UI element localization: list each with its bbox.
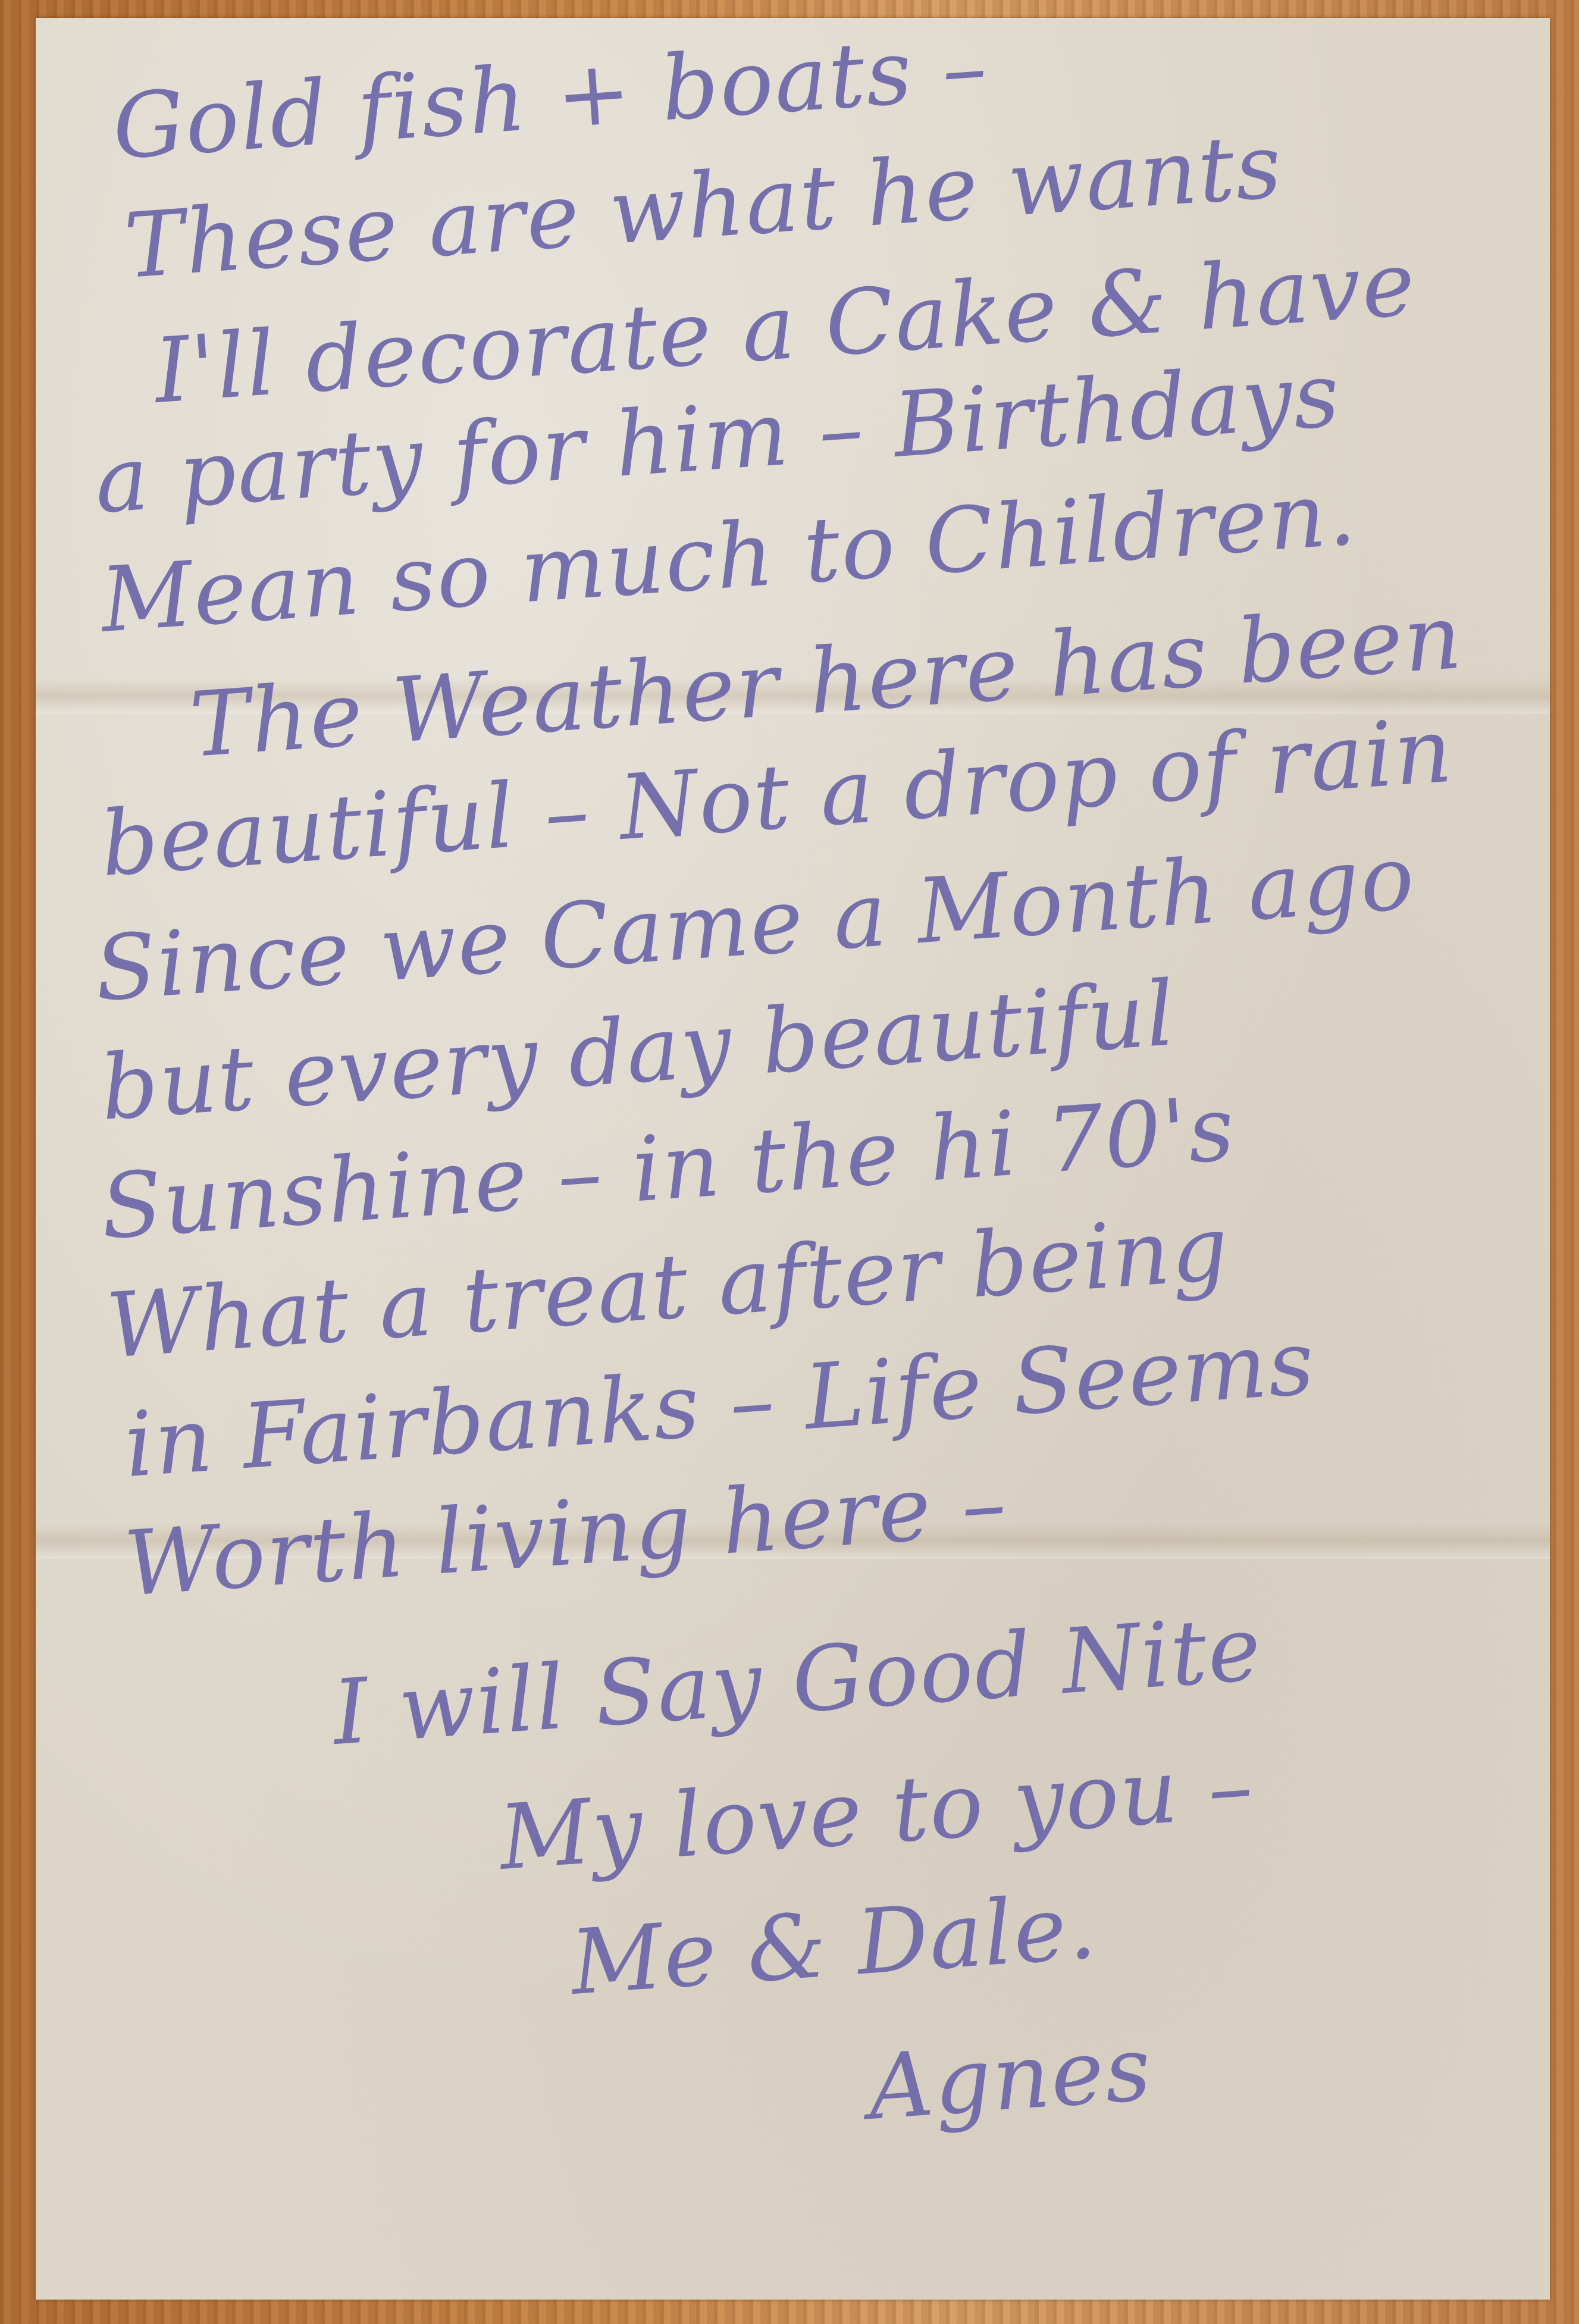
signature: Agnes [866, 2024, 1155, 2133]
closing-line: I will Say Good Nite [330, 1604, 1265, 1758]
closing-line: My love to you – [497, 1742, 1257, 1883]
letter-page: Gold fish + boats – These are what he wa… [36, 18, 1550, 2300]
closing-line: Me & Dale. [568, 1882, 1100, 2007]
